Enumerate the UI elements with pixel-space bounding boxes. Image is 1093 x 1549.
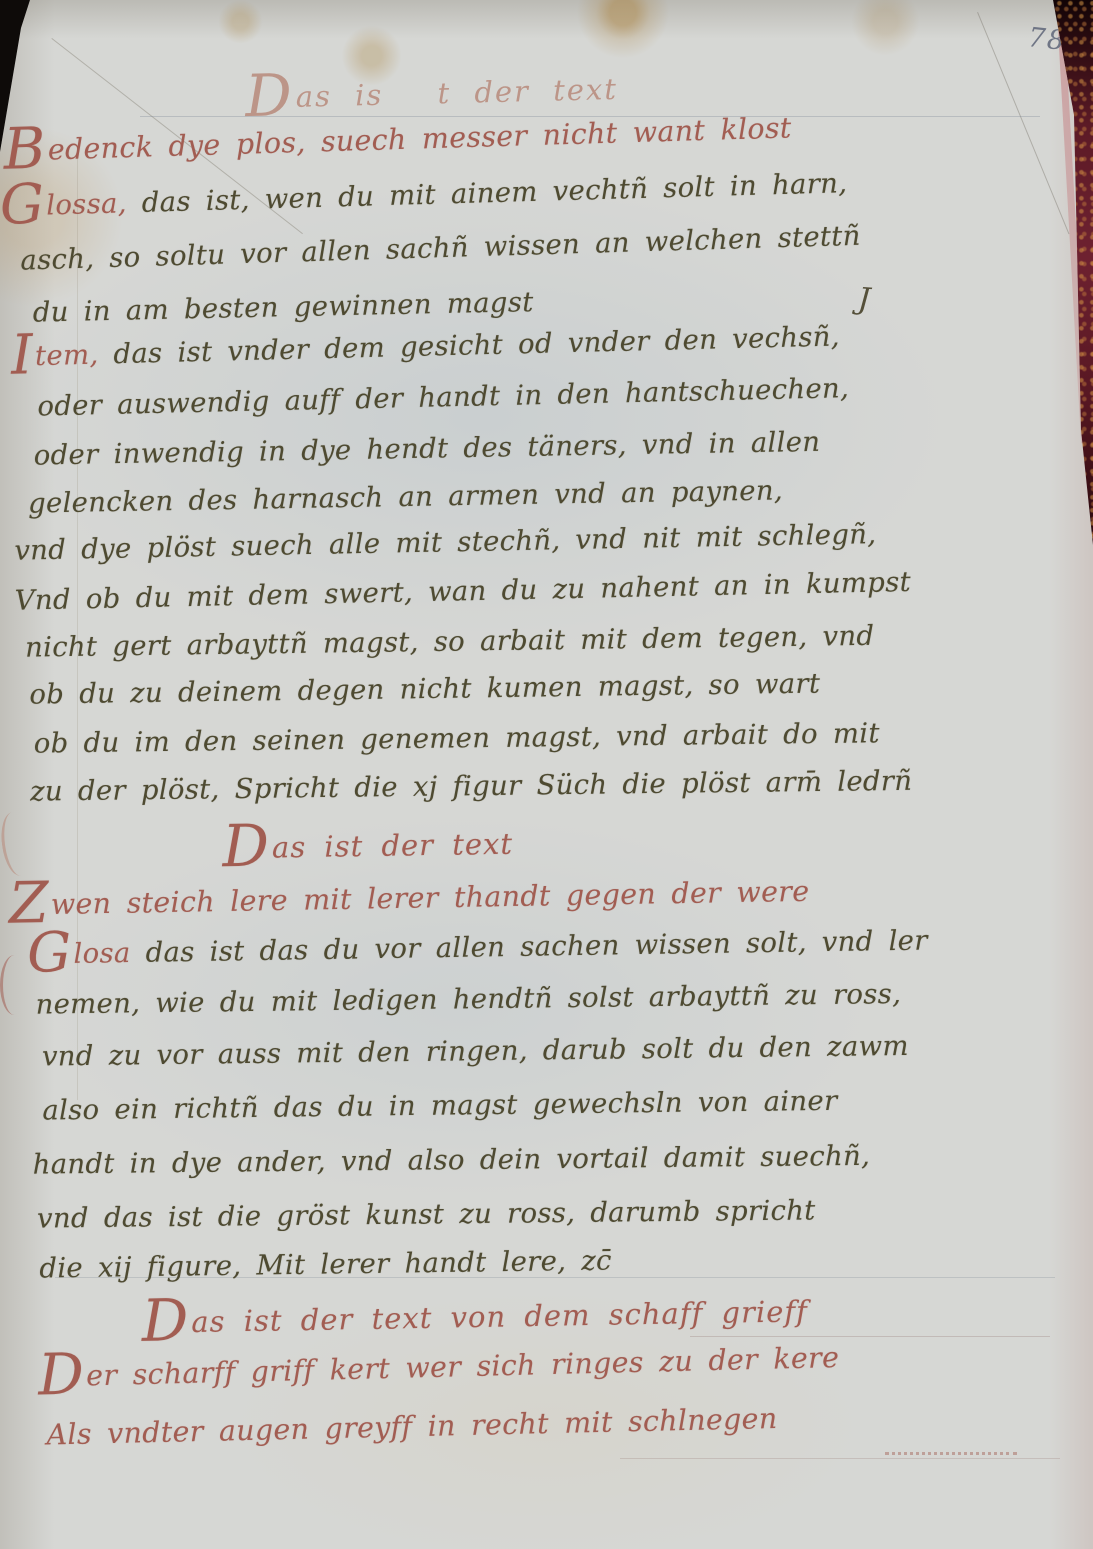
- text-line: also ein richtñ das du in magst gewechsl…: [42, 1088, 837, 1125]
- stray-ink-mark: J: [857, 282, 871, 318]
- text-segment: Als vndter augen greyff in recht mit sch…: [46, 1402, 778, 1452]
- text-line: Das ist der text von dem schaff grieff: [142, 1297, 808, 1338]
- text-segment: Zwen steich lere mit lerer thandt gegen …: [9, 875, 810, 922]
- text-segment: das ist, wen du mit ainem vechtñ solt in…: [141, 167, 847, 219]
- text-segment: zu der plöst, Spricht die xj figur Süch …: [30, 765, 913, 808]
- text-line: gelencken des harnasch an armen vnd an p…: [28, 477, 783, 518]
- text-segment: nicht gert arbayttñ magst, so arbait mit…: [25, 620, 875, 664]
- text-line: asch, so soltu vor allen sachñ wissen an…: [20, 223, 861, 275]
- text-segment: handt in dye ander, vnd also dein vortai…: [33, 1140, 871, 1181]
- text-segment: Das is t der text: [245, 72, 619, 115]
- text-segment: vnd das ist die gröst kunst zu ross, dar…: [37, 1194, 816, 1234]
- text-line: Das ist der text: [222, 830, 513, 864]
- text-line: vnd zu vor auss mit den ringen, darub so…: [42, 1033, 909, 1071]
- text-line: Das is t der text: [245, 75, 618, 113]
- text-segment: Das ist der text: [222, 827, 513, 866]
- text-segment: asch, so soltu vor allen sachñ wissen an…: [20, 220, 861, 277]
- text-line: Vnd ob du mit dem swert, wan du zu nahen…: [14, 569, 911, 615]
- text-segment: vnd zu vor auss mit den ringen, darub so…: [42, 1030, 909, 1073]
- text-line: Bedenck dye plos, suech messer nicht wan…: [3, 114, 792, 166]
- text-block: Das is t der textBedenck dye plos, suech…: [0, 0, 1093, 1549]
- text-line: ob du zu deinem degen nicht kumen magst,…: [29, 671, 820, 710]
- text-segment: das ist das du vor allen sachen wissen s…: [145, 924, 928, 968]
- text-segment: Item,: [11, 338, 114, 372]
- text-segment: ob du im den seinen genemen magst, vnd a…: [34, 717, 880, 759]
- text-line: Glossa, das ist, wen du mit ainem vechtñ…: [0, 170, 848, 221]
- text-line: ob du im den seinen genemen magst, vnd a…: [34, 720, 880, 758]
- text-segment: also ein richtñ das du in magst gewechsl…: [42, 1085, 837, 1127]
- manuscript-page: 78 Das is t der textBedenck dye plos, su…: [0, 0, 1093, 1549]
- text-segment: nemen, wie du mit ledigen hendtñ solst a…: [35, 978, 901, 1021]
- text-segment: oder inwendig in dye hendt des täners, v…: [33, 426, 820, 472]
- text-segment: gelencken des harnasch an armen vnd an p…: [28, 474, 783, 519]
- text-line: du in am besten gewinnen magst: [32, 289, 533, 327]
- text-line: Zwen steich lere mit lerer thandt gegen …: [9, 878, 810, 920]
- text-segment: Glosa: [27, 937, 146, 971]
- text-line: Als vndter augen greyff in recht mit sch…: [46, 1405, 777, 1450]
- text-line: die xij figure, Mit lerer handt lere, zc…: [39, 1248, 612, 1283]
- text-line: vnd dye plöst suech alle mit stechñ, vnd…: [14, 521, 876, 565]
- manuscript-photo: 78 Das is t der textBedenck dye plos, su…: [0, 0, 1093, 1549]
- text-line: zu der plöst, Spricht die xj figur Süch …: [30, 768, 913, 806]
- text-segment: ob du zu deinem degen nicht kumen magst,…: [29, 668, 820, 711]
- text-segment: Das ist der text von dem schaff grieff: [142, 1294, 809, 1340]
- text-segment: vnd dye plöst suech alle mit stechñ, vnd…: [14, 518, 876, 567]
- text-line: Glosa das ist das du vor allen sachen wi…: [27, 927, 928, 969]
- text-line: nicht gert arbayttñ magst, so arbait mit…: [25, 623, 875, 662]
- ink-dots: [885, 1452, 1017, 1455]
- text-line: oder auswendig auff der handt in den han…: [37, 375, 849, 421]
- text-line: vnd das ist die gröst kunst zu ross, dar…: [37, 1197, 816, 1233]
- text-segment: das ist vnder dem gesicht od vnder den v…: [113, 320, 840, 370]
- text-line: nemen, wie du mit ledigen hendtñ solst a…: [35, 981, 901, 1019]
- text-line: handt in dye ander, vnd also dein vortai…: [33, 1143, 871, 1179]
- text-line: oder inwendig in dye hendt des täners, v…: [34, 429, 821, 470]
- text-segment: du in am besten gewinnen magst: [32, 286, 533, 328]
- text-segment: Vnd ob du mit dem swert, wan du zu nahen…: [14, 566, 911, 617]
- ink-flourish: [0, 955, 29, 1015]
- text-segment: Bedenck dye plos, suech messer nicht wan…: [3, 111, 792, 167]
- text-segment: die xij figure, Mit lerer handt lere, zc…: [39, 1245, 612, 1285]
- text-line: Item, das ist vnder dem gesicht od vnder…: [11, 323, 840, 371]
- text-segment: oder auswendig auff der handt in den han…: [37, 372, 849, 422]
- text-segment: Glossa,: [0, 187, 142, 223]
